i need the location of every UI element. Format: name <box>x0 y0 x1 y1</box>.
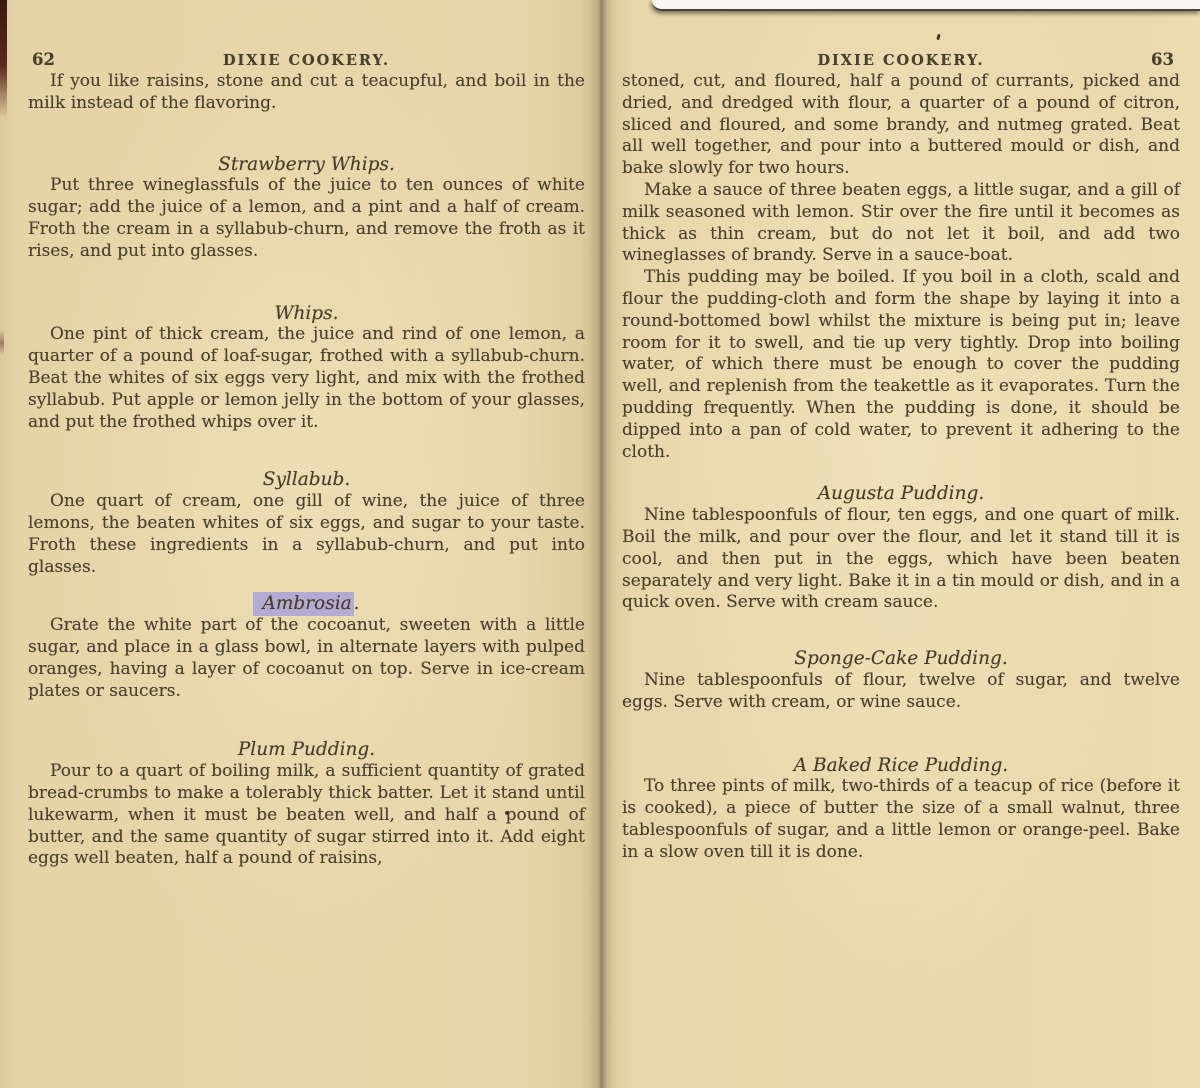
paragraph-plum-pudding-sauce: Make a sauce of three beaten eggs, a lit… <box>622 180 1180 267</box>
heading-augusta-pudding: Augusta Pudding. <box>622 483 1180 505</box>
heading-baked-rice-pudding: A Baked Rice Pudding. <box>622 755 1180 777</box>
page-number: 63 <box>1151 49 1174 71</box>
ink-speck <box>505 811 509 815</box>
paragraph-raisins-note: If you like raisins, stone and cut a tea… <box>28 71 585 115</box>
heading-ambrosia-period: . <box>354 593 360 614</box>
book-spread: 62 DIXIE COOKERY. If you like raisins, s… <box>0 0 1200 1088</box>
paragraph-baked-rice-pudding: To three pints of milk, two-thirds of a … <box>622 776 1180 863</box>
heading-syllabub: Syllabub. <box>28 469 585 491</box>
paragraph-plum-pudding: Pour to a quart of boiling milk, a suffi… <box>28 761 585 870</box>
heading-strawberry-whips: Strawberry Whips. <box>28 154 585 176</box>
left-edge-mark <box>0 330 4 356</box>
paragraph-plum-pudding-boiled: This pudding may be boiled. If you boil … <box>622 267 1180 463</box>
page-number: 62 <box>32 49 55 71</box>
left-page-header: 62 DIXIE COOKERY. <box>28 0 585 71</box>
left-cover-edge <box>0 0 7 118</box>
heading-whips: Whips. <box>28 303 585 325</box>
right-page-text-column: DIXIE COOKERY. 63 stoned, cut, and flour… <box>622 0 1180 864</box>
paragraph-plum-pudding-continued: stoned, cut, and floured, half a pound o… <box>622 71 1180 180</box>
paragraph-ambrosia: Grate the white part of the cocoanut, sw… <box>28 615 585 702</box>
paragraph-sponge-cake-pudding: Nine tablespoonfuls of flour, twelve of … <box>622 670 1180 714</box>
right-page-header: DIXIE COOKERY. 63 <box>622 0 1180 71</box>
running-head: DIXIE COOKERY. <box>817 52 984 69</box>
running-head: DIXIE COOKERY. <box>223 52 390 69</box>
text-selection-highlight[interactable]: Ambrosia <box>253 592 353 616</box>
paragraph-syllabub: One quart of cream, one gill of wine, th… <box>28 491 585 578</box>
paragraph-whips: One pint of thick cream, the juice and r… <box>28 324 585 433</box>
paragraph-augusta-pudding: Nine tablespoonfuls of flour, ten eggs, … <box>622 505 1180 614</box>
heading-sponge-cake-pudding: Sponge-Cake Pudding. <box>622 648 1180 670</box>
paragraph-strawberry-whips: Put three wineglassfuls of the juice to … <box>28 175 585 262</box>
left-page-text-column: 62 DIXIE COOKERY. If you like raisins, s… <box>28 0 585 870</box>
heading-ambrosia: Ambrosia. <box>28 593 585 615</box>
heading-plum-pudding: Plum Pudding. <box>28 739 585 761</box>
